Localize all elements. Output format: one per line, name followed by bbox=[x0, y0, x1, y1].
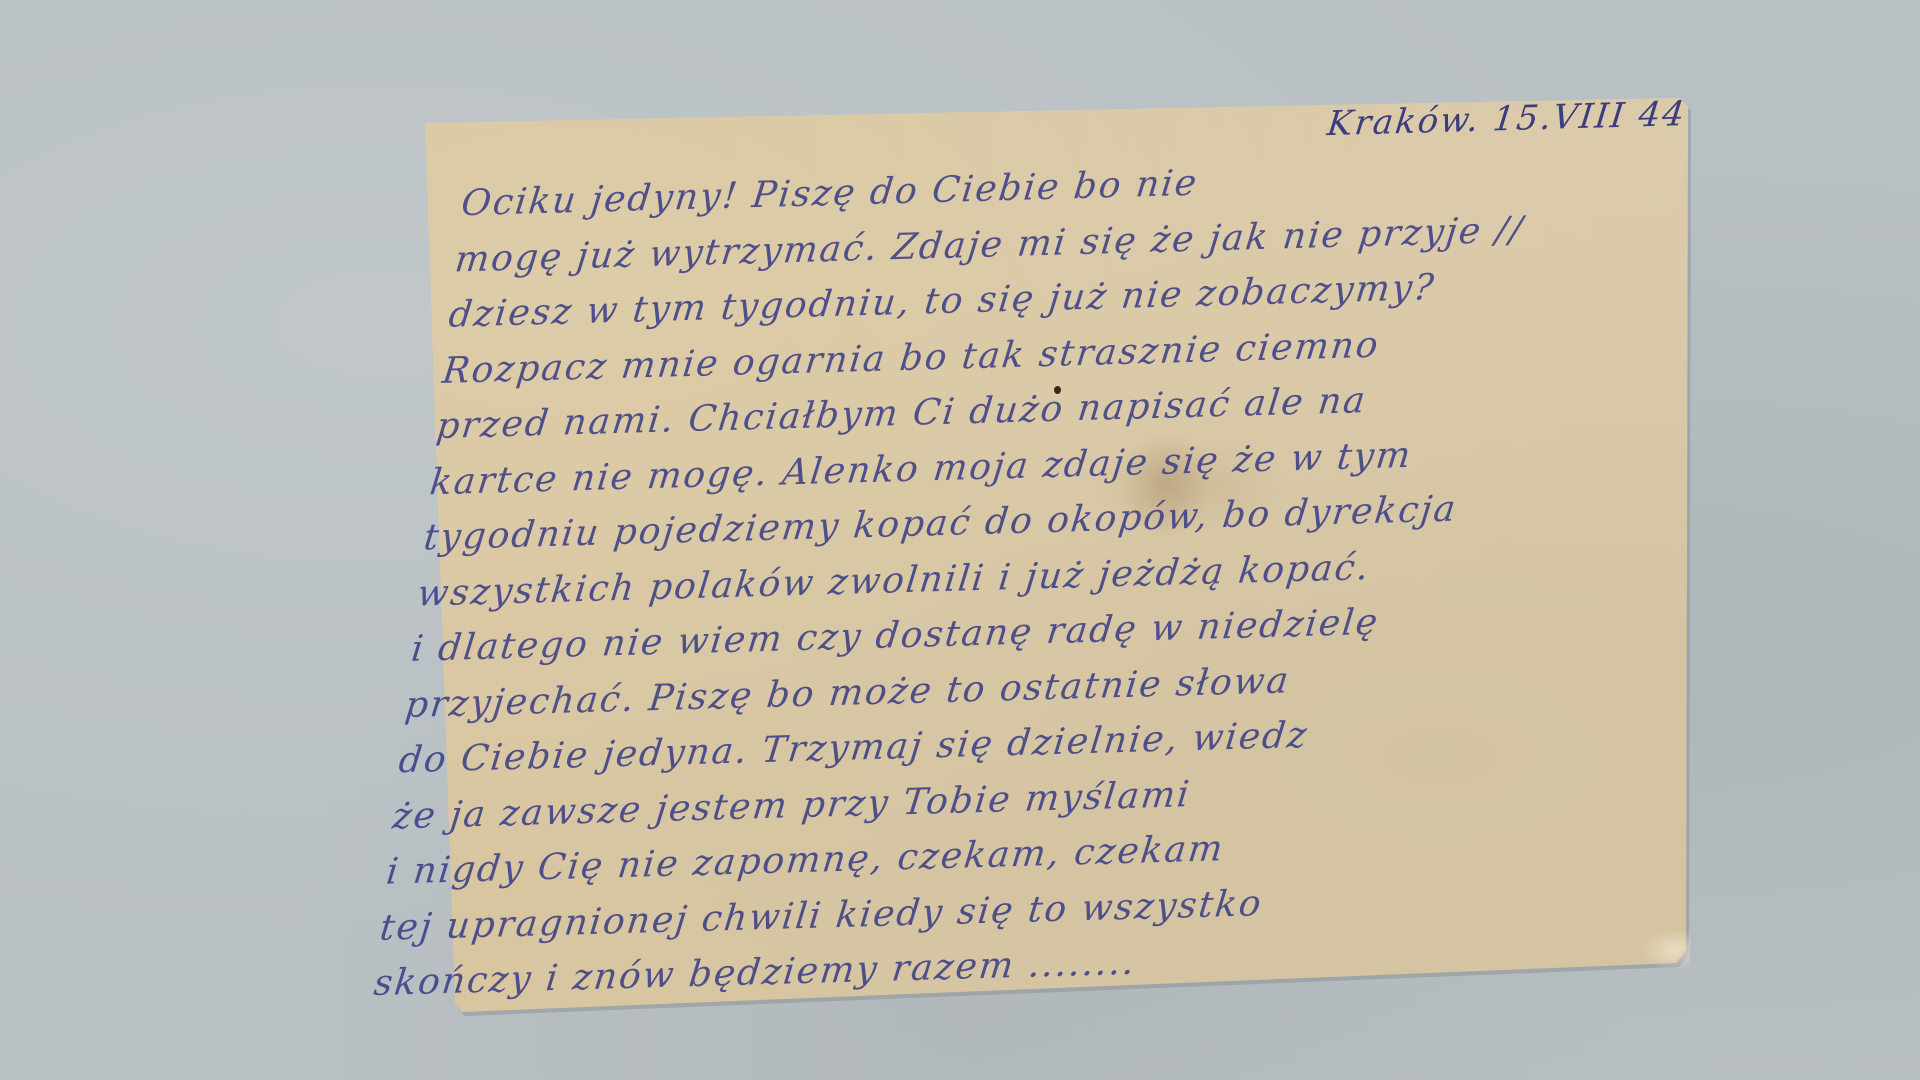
photo-scene: Kraków. 15.VIII 44 Ociku jedyny! Piszę d… bbox=[0, 0, 1920, 1080]
worn-corner bbox=[1640, 930, 1690, 970]
letter-body: Ociku jedyny! Piszę do Ciebie bo nie mog… bbox=[371, 142, 1674, 1011]
